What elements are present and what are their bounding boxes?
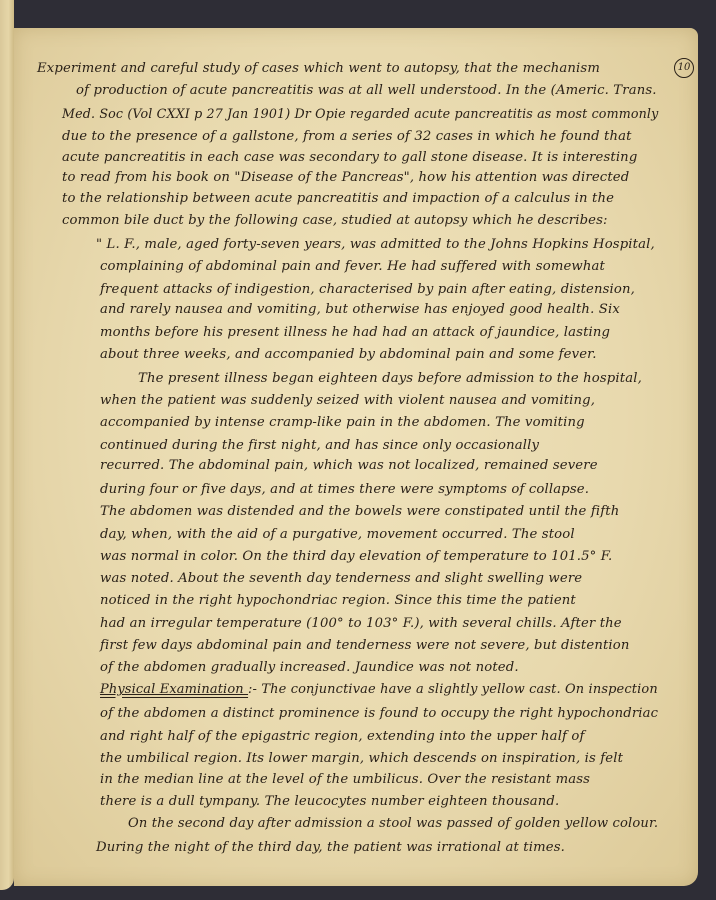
manuscript-line: to the relationship between acute pancre… [62, 191, 614, 206]
line-text: about three weeks, and accompanied by ab… [100, 347, 597, 362]
line-text: acute pancreatitis in each case was seco… [62, 150, 637, 165]
line-text: of production of acute pancreatitis was … [76, 83, 657, 98]
manuscript-line: Experiment and careful study of cases wh… [37, 61, 600, 76]
line-text: noticed in the right hypochondriac regio… [100, 593, 576, 608]
manuscript-line: continued during the first night, and ha… [100, 438, 539, 453]
line-text: On the second day after admission a stoo… [128, 816, 658, 831]
line-text: recurred. The abdominal pain, which was … [100, 458, 598, 473]
manuscript-line: and right half of the epigastric region,… [100, 729, 585, 744]
book-binding-edge [0, 0, 14, 890]
manuscript-line: of the abdomen a distinct prominence is … [100, 706, 658, 721]
line-text: was noted. About the seventh day tendern… [100, 571, 582, 586]
manuscript-line: frequent attacks of indigestion, charact… [100, 282, 635, 297]
line-text: and rarely nausea and vomiting, but othe… [100, 302, 620, 317]
manuscript-line: accompanied by intense cramp-like pain i… [100, 415, 585, 430]
manuscript-line: complaining of abdominal pain and fever.… [100, 259, 605, 274]
line-text: :- The conjunctivae have a slightly yell… [248, 682, 658, 697]
manuscript-line: During the night of the third day, the p… [96, 840, 565, 855]
manuscript-line: of production of acute pancreatitis was … [76, 83, 657, 98]
line-text: during four or five days, and at times t… [100, 482, 589, 497]
manuscript-page: 10 Experiment and careful study of cases… [14, 28, 698, 886]
line-text: was normal in color. On the third day el… [100, 549, 612, 564]
line-text: of the abdomen a distinct prominence is … [100, 706, 658, 721]
manuscript-line: On the second day after admission a stoo… [128, 816, 658, 831]
line-text: of the abdomen gradually increased. Jaun… [100, 660, 519, 675]
manuscript-line: " L. F., male, aged forty-seven years, w… [96, 237, 655, 252]
line-text: complaining of abdominal pain and fever.… [100, 259, 605, 274]
manuscript-line: had an irregular temperature (100° to 10… [100, 616, 622, 631]
line-text: day, when, with the aid of a purgative, … [100, 527, 575, 542]
line-text: to the relationship between acute pancre… [62, 191, 614, 206]
manuscript-line: common bile duct by the following case, … [62, 213, 608, 228]
manuscript-line: The abdomen was distended and the bowels… [100, 504, 619, 519]
line-text: months before his present illness he had… [100, 325, 610, 340]
line-text: Experiment and careful study of cases wh… [37, 61, 600, 76]
line-text: had an irregular temperature (100° to 10… [100, 616, 622, 631]
manuscript-line: when the patient was suddenly seized wit… [100, 393, 595, 408]
line-text: The abdomen was distended and the bowels… [100, 504, 619, 519]
line-text: when the patient was suddenly seized wit… [100, 393, 595, 408]
manuscript-line: about three weeks, and accompanied by ab… [100, 347, 597, 362]
manuscript-line: the umbilical region. Its lower margin, … [100, 751, 623, 766]
line-text: " L. F., male, aged forty-seven years, w… [96, 237, 655, 252]
manuscript-line: day, when, with the aid of a purgative, … [100, 527, 575, 542]
manuscript-line: there is a dull tympany. The leucocytes … [100, 794, 559, 809]
line-text: the umbilical region. Its lower margin, … [100, 751, 623, 766]
line-text: there is a dull tympany. The leucocytes … [100, 794, 559, 809]
manuscript-line: of the abdomen gradually increased. Jaun… [100, 660, 519, 675]
manuscript-line: first few days abdominal pain and tender… [100, 638, 630, 653]
line-text: frequent attacks of indigestion, charact… [100, 282, 635, 297]
manuscript-line: was noted. About the seventh day tendern… [100, 571, 582, 586]
manuscript-line: Med. Soc (Vol CXXI p 27 Jan 1901) Dr Opi… [62, 107, 658, 122]
line-text: common bile duct by the following case, … [62, 213, 608, 228]
line-text: in the median line at the level of the u… [100, 772, 590, 787]
line-text: Med. Soc (Vol CXXI p 27 Jan 1901) Dr Opi… [62, 107, 658, 122]
manuscript-line: due to the presence of a gallstone, from… [62, 129, 632, 144]
section-heading: Physical Examination [100, 682, 248, 697]
line-text: The present illness began eighteen days … [138, 371, 642, 386]
page-number-circle: 10 [674, 58, 694, 78]
line-text: During the night of the third day, the p… [96, 840, 565, 855]
line-text: due to the presence of a gallstone, from… [62, 129, 632, 144]
line-text: and right half of the epigastric region,… [100, 729, 585, 744]
manuscript-line: to read from his book on "Disease of the… [62, 170, 629, 185]
manuscript-line: acute pancreatitis in each case was seco… [62, 150, 637, 165]
line-text: to read from his book on "Disease of the… [62, 170, 629, 185]
manuscript-line: and rarely nausea and vomiting, but othe… [100, 302, 620, 317]
manuscript-line: in the median line at the level of the u… [100, 772, 590, 787]
manuscript-line: recurred. The abdominal pain, which was … [100, 458, 598, 473]
manuscript-line: months before his present illness he had… [100, 325, 610, 340]
manuscript-line: during four or five days, and at times t… [100, 482, 589, 497]
manuscript-line: noticed in the right hypochondriac regio… [100, 593, 576, 608]
line-text: accompanied by intense cramp-like pain i… [100, 415, 585, 430]
line-text: first few days abdominal pain and tender… [100, 638, 630, 653]
line-text: continued during the first night, and ha… [100, 438, 539, 453]
manuscript-line: was normal in color. On the third day el… [100, 549, 612, 564]
manuscript-line: Physical Examination :- The conjunctivae… [100, 682, 658, 697]
manuscript-line: The present illness began eighteen days … [138, 371, 642, 386]
